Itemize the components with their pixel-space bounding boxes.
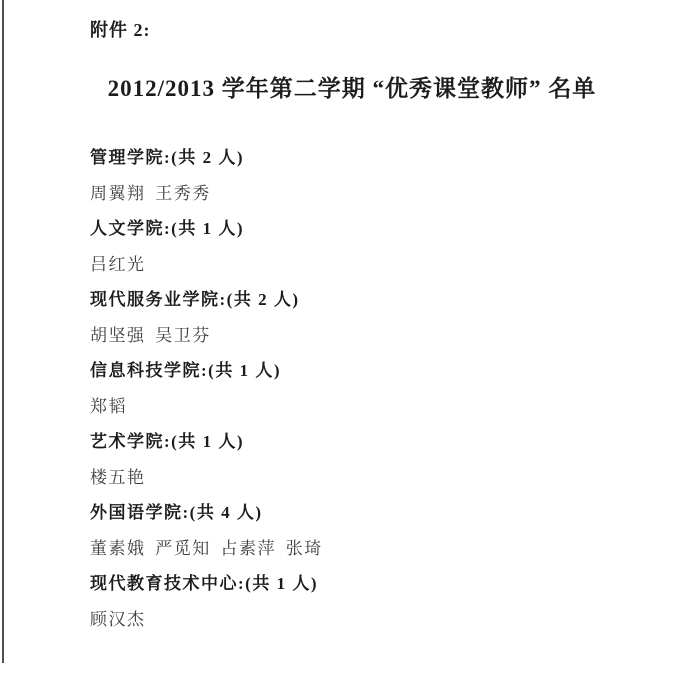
section-names: 吕红光 — [90, 247, 662, 283]
section-humanities-college: 人文学院:(共 1 人) 吕红光 — [90, 211, 662, 282]
section-header: 现代服务业学院:(共 2 人) — [90, 282, 662, 318]
attachment-label: 附件 2: — [90, 16, 151, 42]
section-foreign-languages-college: 外国语学院:(共 4 人) 董素娥 严觅知 占素萍 张琦 — [90, 495, 662, 566]
section-names: 胡坚强 吴卫芬 — [90, 318, 662, 354]
section-header: 现代教育技术中心:(共 1 人) — [90, 566, 662, 602]
document-title: 2012/2013 学年第二学期 “优秀课堂教师” 名单 — [0, 70, 682, 103]
section-names: 周翼翔 王秀秀 — [90, 176, 662, 212]
section-names: 郑韬 — [90, 389, 662, 425]
teacher-list: 管理学院:(共 2 人) 周翼翔 王秀秀 人文学院:(共 1 人) 吕红光 现代… — [90, 140, 662, 637]
section-header: 信息科技学院:(共 1 人) — [90, 353, 662, 389]
section-header: 管理学院:(共 2 人) — [90, 140, 662, 176]
section-information-technology-college: 信息科技学院:(共 1 人) 郑韬 — [90, 353, 662, 424]
section-modern-service-college: 现代服务业学院:(共 2 人) 胡坚强 吴卫芬 — [90, 282, 662, 353]
section-header: 艺术学院:(共 1 人) — [90, 424, 662, 460]
section-management-college: 管理学院:(共 2 人) 周翼翔 王秀秀 — [90, 140, 662, 211]
section-names: 董素娥 严觅知 占素萍 张琦 — [90, 531, 662, 567]
section-modern-education-technology-center: 现代教育技术中心:(共 1 人) 顾汉杰 — [90, 566, 662, 637]
section-names: 楼五艳 — [90, 460, 662, 496]
section-header: 外国语学院:(共 4 人) — [90, 495, 662, 531]
section-art-college: 艺术学院:(共 1 人) 楼五艳 — [90, 424, 662, 495]
section-names: 顾汉杰 — [90, 602, 662, 638]
section-header: 人文学院:(共 1 人) — [90, 211, 662, 247]
